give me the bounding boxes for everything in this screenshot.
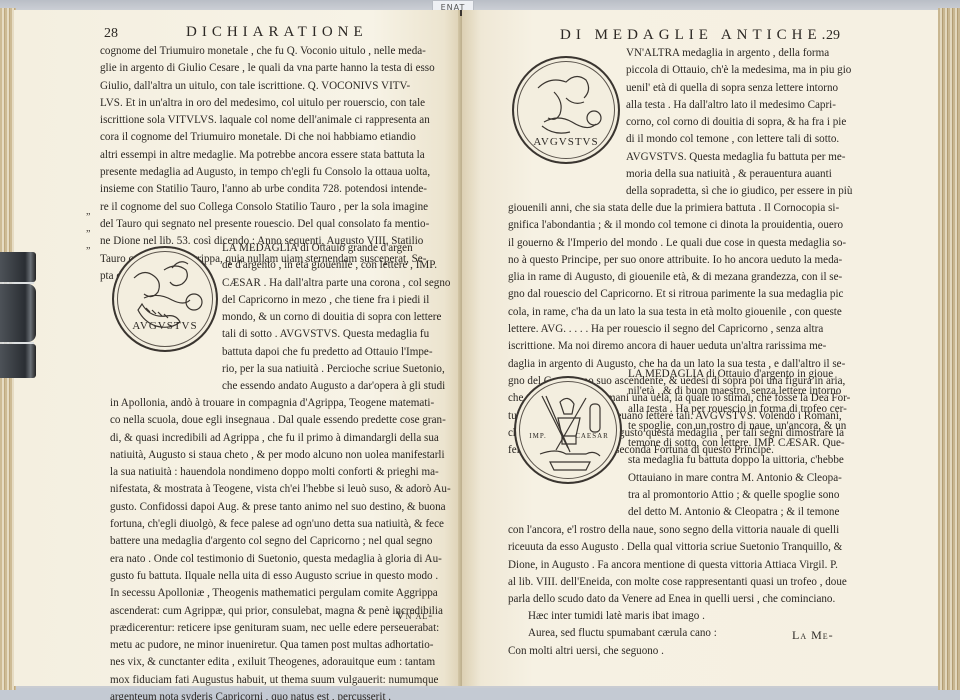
text-line: nes vix, & cunctanter edita , exiluit Th… — [110, 654, 451, 671]
text-line: Hæc inter tumidi latè maris ibat imago . — [528, 608, 717, 625]
text-line: corno, col corno di douitia di sopra, & … — [626, 114, 852, 131]
text-line: alla testa . Ha dall'altro lato il medes… — [626, 97, 852, 114]
medal-capricorn-augustus: AVGVSTVS — [112, 246, 218, 352]
text-line: temone di sotto, con lettere. IMP. CÆSAR… — [628, 435, 847, 452]
text-line: Dione, in Augusto . Fa ancora mentione d… — [508, 557, 847, 574]
text-line: no à questo Principe, per suo onore attr… — [508, 252, 850, 269]
binder-clip — [0, 252, 38, 378]
left-running-head: DICHIARATIONE — [186, 24, 368, 41]
text-line: la sua natiuità : hauendola nondimeno do… — [110, 464, 451, 481]
text-line: LVS. Et in un'altra in oro del medesimo,… — [100, 95, 435, 112]
text-line: in Apollonia, andò à trouare in compagni… — [110, 395, 451, 412]
text-line: cognome del Triumuiro monetale , che fu … — [100, 43, 435, 60]
text-line: gnifica l'abondantia ; & il mondo col te… — [508, 217, 850, 234]
text-line: alla testa . Ha per rouescio in forma di… — [628, 401, 847, 418]
right-text-block-1: VN'ALTRA medaglia in argento , della for… — [626, 45, 852, 201]
text-line: del Tauro qui segnato nel presente roues… — [100, 216, 435, 233]
verse-quotation: Hæc inter tumidi latè maris ibat imago .… — [528, 608, 717, 643]
text-line: era nato . Onde col testimonio di Sueton… — [110, 551, 451, 568]
text-line: di, & quasi incredibili ad Agrippa , che… — [110, 430, 451, 447]
text-line: nil'età , & di buon maestro, senza lette… — [628, 383, 847, 400]
quote-mark: „ — [86, 206, 90, 217]
text-line: de d'argento , in età giouenile , con le… — [222, 257, 450, 274]
right-text-block-4: con l'ancora, e'l rostro della naue, son… — [508, 522, 847, 608]
text-line: te spoglie, con un rostro di naue, un'an… — [628, 418, 847, 435]
text-line: del detto M. Antonio & Cleopatra ; & il … — [628, 504, 847, 521]
text-line: sta medaglia fu battuta doppo la uittori… — [628, 452, 847, 469]
text-line: rio, per la sua natiuità . Percioche scr… — [222, 361, 450, 378]
left-text-block-2: LA MEDAGLIA di Ottauio grande d'argende … — [222, 240, 450, 396]
text-line: che essendo andato Augusto a dar'opera à… — [222, 378, 450, 395]
left-page-number: 28 — [104, 26, 118, 42]
text-line: moria della sua natiuità , & perauentura… — [626, 166, 852, 183]
text-line: con l'ancora, e'l rostro della naue, son… — [508, 522, 847, 539]
text-line: glie in argento di Giulio Cesare , le qu… — [100, 60, 435, 77]
text-line: della sopradetta, sì che io giudico, per… — [626, 183, 852, 200]
text-line: LA MEDAGLIA di Ottauio grande d'argen — [222, 240, 450, 257]
text-line: uenil' età di quella di sopra senza lett… — [626, 80, 852, 97]
text-line: fortuna, ch'egli diuolgò, & fece palese … — [110, 516, 451, 533]
text-line: re il cognome del suo Collega Consolo St… — [100, 199, 435, 216]
left-catchword: Vn'al- — [396, 608, 433, 623]
text-line: il gouerno & l'Imperio del mondo . Le qu… — [508, 235, 850, 252]
text-line: iscrittione sola VITVLVS. laquale col no… — [100, 112, 435, 129]
text-line: AVGVSTVS. Questa medaglia fu battuta per… — [626, 149, 852, 166]
text-line: battere una medaglia d'argento col segno… — [110, 533, 451, 550]
right-page-number: 29 — [826, 28, 840, 44]
text-line: presente medaglia ad Augusto, in tempo c… — [100, 164, 435, 181]
text-line: glia in rame di Augusto, di giouenile et… — [508, 269, 850, 286]
text-line: parla dello scudo dato da Venere ad Enea… — [508, 591, 847, 608]
text-line: altri essempi in altre medaglie. Ma potr… — [100, 147, 435, 164]
text-line: co nella scuola, doue egli insegnaua . D… — [110, 412, 451, 429]
text-line: riceuuta da esso Augusto . Della qual vi… — [508, 539, 847, 556]
text-line: metu ac pudore, ne minor inueniretur. Qu… — [110, 637, 451, 654]
text-line: iscrittione. Ma noi diremo ancora di hau… — [508, 338, 850, 355]
text-line: argenteum nota syderis Capricorni , quo … — [110, 689, 451, 700]
text-line: mox fiduciam fati Augustus habuit, ut th… — [110, 672, 451, 689]
text-line: insieme con Statilio Tauro, l'anno ab ur… — [100, 181, 435, 198]
right-page-edges — [938, 8, 960, 690]
text-line: VN'ALTRA medaglia in argento , della for… — [626, 45, 852, 62]
text-line: nifestata, & mostrata à Teogene, vista c… — [110, 481, 451, 498]
text-line: gno dal rouescio del Capricorno. Et si r… — [508, 286, 850, 303]
medal-legend: AVGVSTVS — [514, 136, 618, 148]
quote-mark: „ — [86, 223, 90, 234]
text-line: battuta dapoi che fu predetto ad Ottauio… — [222, 344, 450, 361]
text-line: al lib. VIII. dell'Eneida, con molte cos… — [508, 574, 847, 591]
text-line: tali di sotto . AVGVSTVS. Questa medagli… — [222, 326, 450, 343]
text-line: del Capricorno in mezo , che tiene fra i… — [222, 292, 450, 309]
text-line: lettere. AVG. . . . . Ha per rouescio il… — [508, 321, 850, 338]
closing-line: Con molti altri uersi, che seguono . — [508, 643, 664, 660]
medal-capricorn-cornucopia: AVGVSTVS — [512, 56, 620, 164]
text-line: cola, in rame, c'ha da un lato la sua te… — [508, 304, 850, 321]
text-line: Giulio, dall'altra un uitulo, con tale i… — [100, 78, 435, 95]
trophy-icon — [516, 378, 620, 482]
text-line: In secessu Apolloniæ , Theogenis mathema… — [110, 585, 451, 602]
text-line: di il mondo col temone , con lettere tal… — [626, 131, 852, 148]
text-line: cora il cognome del Triumuiro monetale. … — [100, 129, 435, 146]
text-line: piccola di Ottauio, ch'è la medesima, ma… — [626, 62, 852, 79]
capricorn-icon — [114, 248, 216, 350]
text-line: gusto fu battuta. Ilquale nella uita di … — [110, 568, 451, 585]
left-text-block-3: in Apollonia, andò à trouare in compagni… — [110, 395, 451, 700]
text-line: Ottauiano in mare contra M. Antonio & Cl… — [628, 470, 847, 487]
right-text-block-3: LA MEDAGLIA di Ottauio d'argento in giou… — [628, 366, 847, 522]
text-line: mondo, & un corno di douitia di sopra co… — [222, 309, 450, 326]
text-line: CÆSAR . Ha dall'altra parte una corona ,… — [222, 275, 450, 292]
text-line: Aurea, sed fluctu spumabant cærula cano … — [528, 625, 717, 642]
medal-trophy-imp-caesar: IMP. CAESAR — [514, 376, 622, 484]
text-line: gusto. Confidossi dapoi Aug. & prese tan… — [110, 499, 451, 516]
text-line: LA MEDAGLIA di Ottauio d'argento in giou… — [628, 366, 847, 383]
text-line: tra al promontorio Attio ; & quelle spog… — [628, 487, 847, 504]
quote-mark: „ — [86, 240, 90, 251]
text-line: giouenili anni, che sia stata delle due … — [508, 200, 850, 217]
text-line: natiuità, Augusto si staua cheto , & per… — [110, 447, 451, 464]
right-catchword: La Me- — [792, 628, 834, 643]
medal-legend: AVGVSTVS — [114, 320, 216, 332]
right-running-head: DI MEDAGLIE ANTICHE. — [560, 27, 830, 44]
